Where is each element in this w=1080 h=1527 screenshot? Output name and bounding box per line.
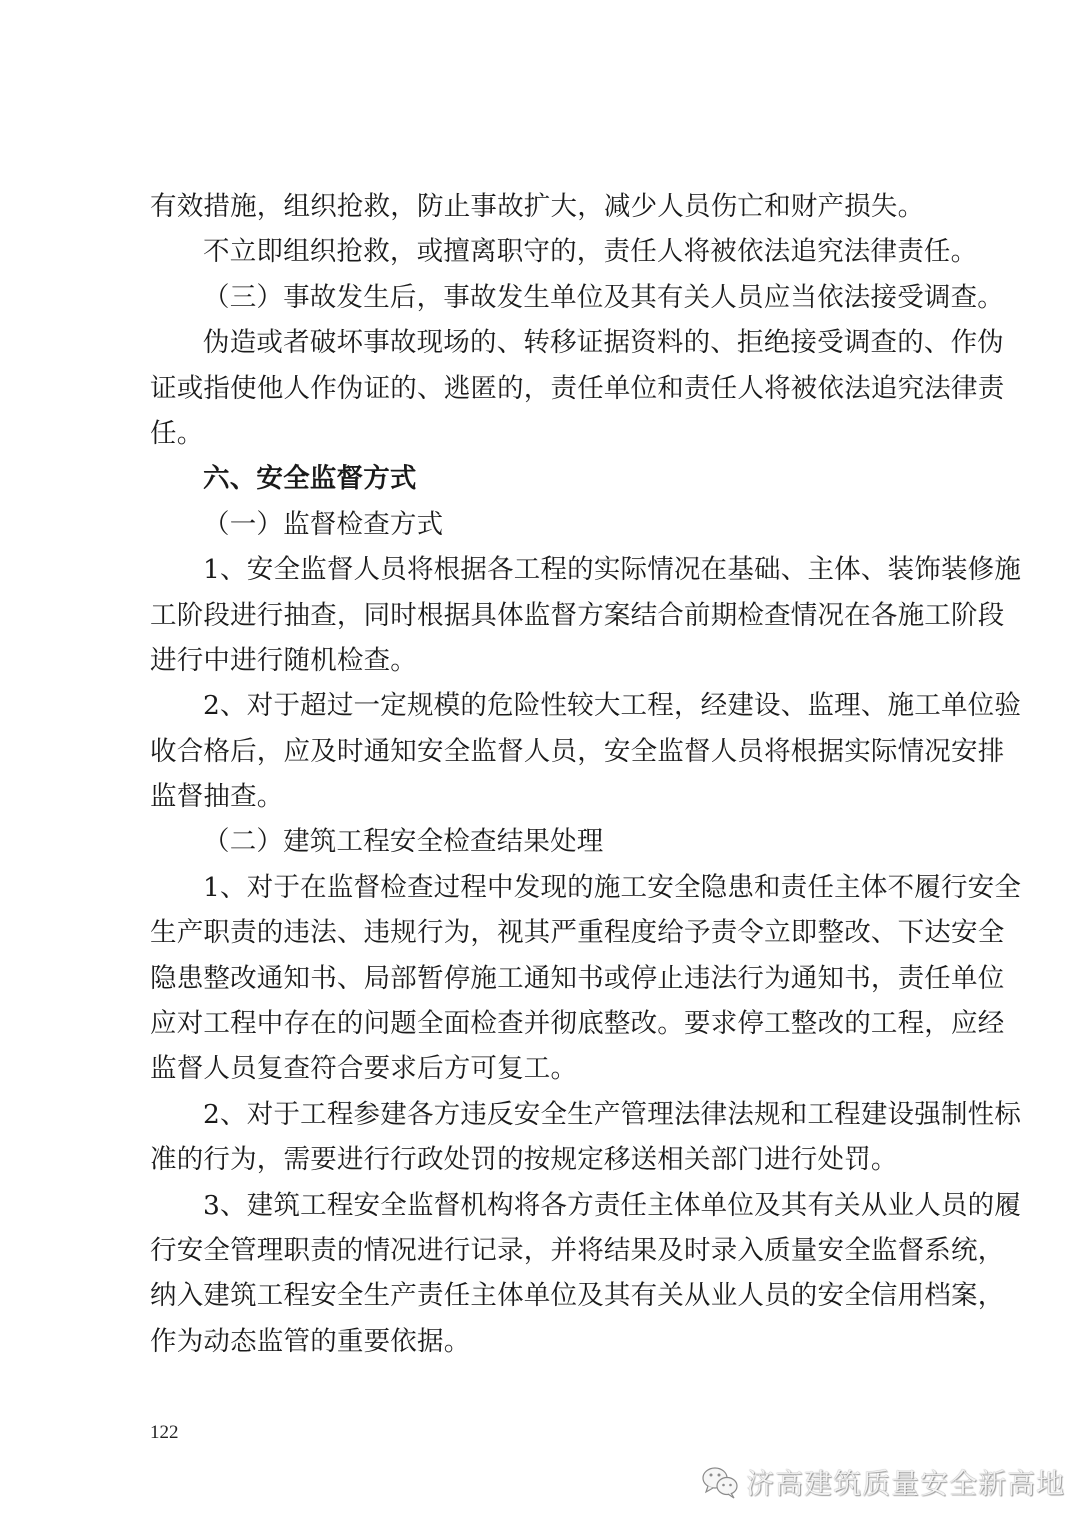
text-line: 工阶段进行抽查，同时根据具体监督方案结合前期检查情况在各施工阶段 xyxy=(150,593,946,638)
text-line: 3、建筑工程安全监督机构将各方责任主体单位及其有关从业人员的履 xyxy=(150,1183,946,1228)
text-line: 行安全管理职责的情况进行记录，并将结果及时录入质量安全监督系统， xyxy=(150,1228,946,1273)
document-body: 有效措施，组织抢救，防止事故扩大，减少人员伤亡和财产损失。 不立即组织抢救，或擅… xyxy=(150,184,946,1364)
text-line: 有效措施，组织抢救，防止事故扩大，减少人员伤亡和财产损失。 xyxy=(150,184,946,229)
text-line: 生产职责的违法、违规行为，视其严重程度给予责令立即整改、下达安全 xyxy=(150,910,946,955)
section-heading: 六、安全监督方式 xyxy=(150,456,946,501)
text-line: 证或指使他人作伪证的、逃匿的，责任单位和责任人将被依法追究法律责 xyxy=(150,366,946,411)
text-line: 伪造或者破坏事故现场的、转移证据资料的、拒绝接受调查的、作伪 xyxy=(150,320,946,365)
text-line: 准的行为，需要进行行政处罚的按规定移送相关部门进行处罚。 xyxy=(150,1137,946,1182)
text-line: 监督人员复查符合要求后方可复工。 xyxy=(150,1046,946,1091)
subsection-heading: （一）监督检查方式 xyxy=(150,502,946,547)
text-line: 监督抽查。 xyxy=(150,774,946,819)
subsection-heading: （二）建筑工程安全检查结果处理 xyxy=(150,819,946,864)
text-line: 隐患整改通知书、局部暂停施工通知书或停止违法行为通知书，责任单位 xyxy=(150,956,946,1001)
text-line: 2、对于工程参建各方违反安全生产管理法律法规和工程建设强制性标 xyxy=(150,1092,946,1137)
text-line: 收合格后，应及时通知安全监督人员，安全监督人员将根据实际情况安排 xyxy=(150,729,946,774)
text-line: 不立即组织抢救，或擅离职守的，责任人将被依法追究法律责任。 xyxy=(150,229,946,274)
watermark: 济高建筑质量安全新高地 xyxy=(700,1462,1065,1502)
watermark-text: 济高建筑质量安全新高地 xyxy=(746,1462,1065,1502)
text-line: 作为动态监管的重要依据。 xyxy=(150,1319,946,1364)
wechat-icon xyxy=(700,1464,740,1500)
text-line: 应对工程中存在的问题全面检查并彻底整改。要求停工整改的工程，应经 xyxy=(150,1001,946,1046)
text-line: 1、安全监督人员将根据各工程的实际情况在基础、主体、装饰装修施 xyxy=(150,547,946,592)
text-line: 2、对于超过一定规模的危险性较大工程，经建设、监理、施工单位验 xyxy=(150,683,946,728)
text-line: 进行中进行随机检查。 xyxy=(150,638,946,683)
subsection-heading: （三）事故发生后，事故发生单位及其有关人员应当依法接受调查。 xyxy=(150,275,946,320)
text-line: 纳入建筑工程安全生产责任主体单位及其有关从业人员的安全信用档案， xyxy=(150,1273,946,1318)
text-line: 1、对于在监督检查过程中发现的施工安全隐患和责任主体不履行安全 xyxy=(150,865,946,910)
text-line: 任。 xyxy=(150,411,946,456)
page-number: 122 xyxy=(150,1422,179,1444)
